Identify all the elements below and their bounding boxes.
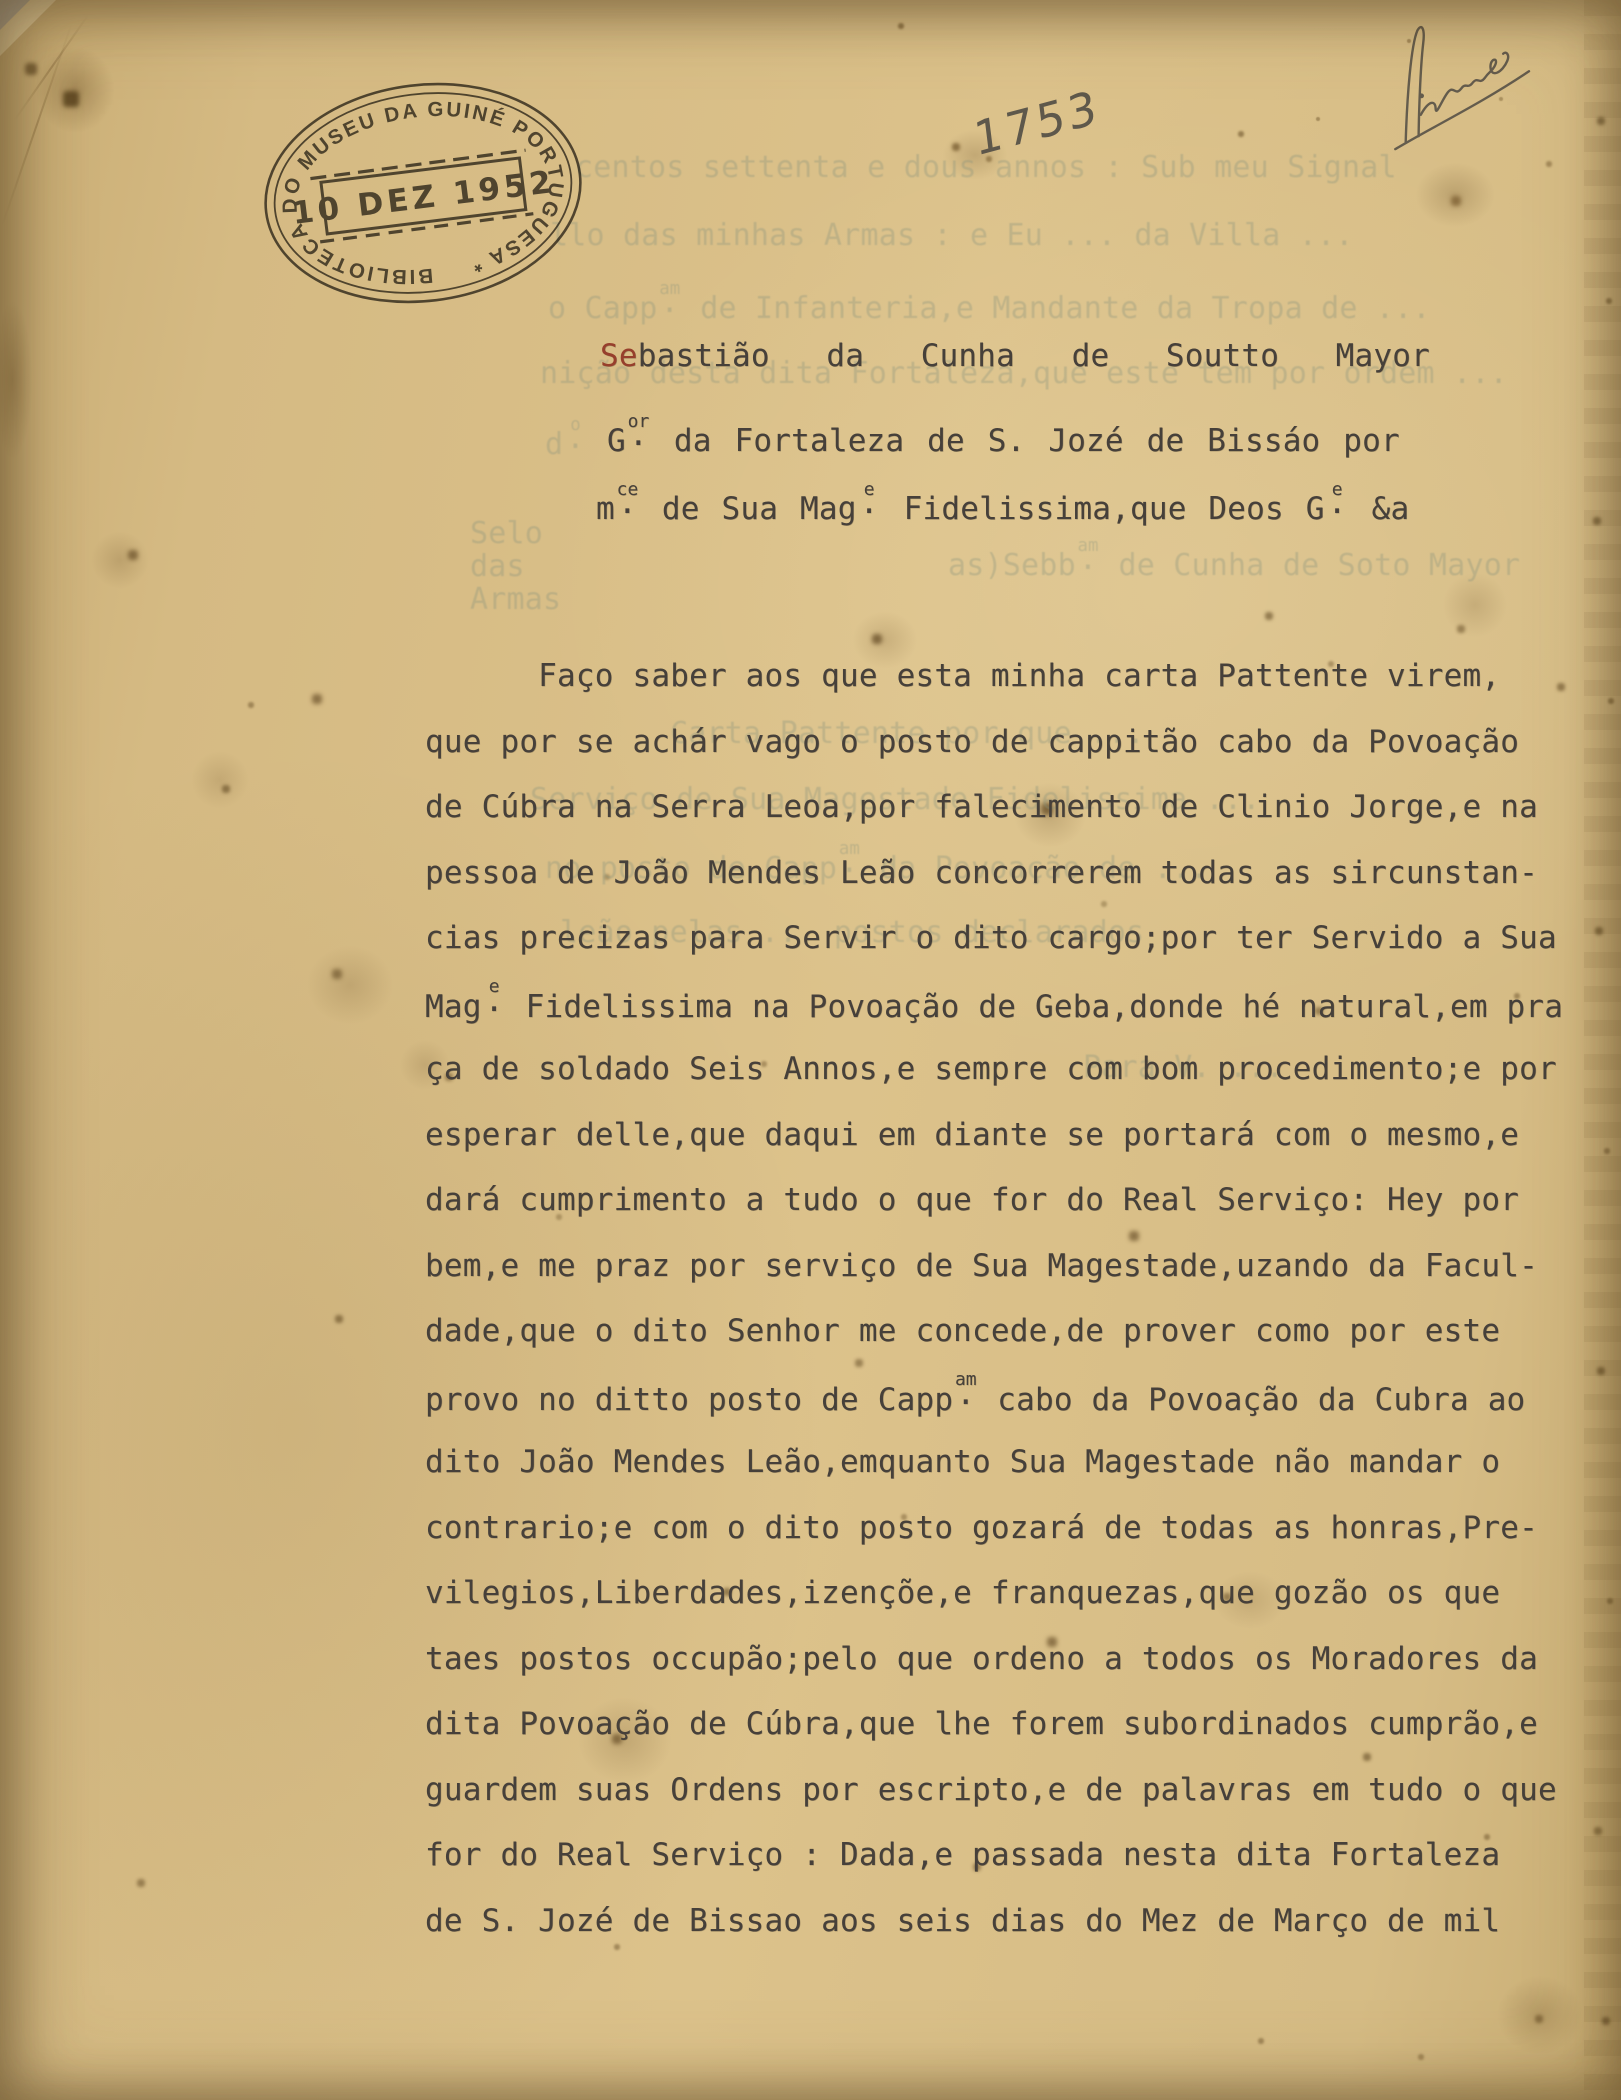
typed-line: dita Povoação de Cúbra,que lhe forem sub… xyxy=(425,1706,1538,1742)
typed-line: taes postos occupão;pelo que ordeno a to… xyxy=(425,1641,1538,1677)
heading-royal-line: mce. de Sua Mage. Fidelissima,que Deos G… xyxy=(596,488,1409,527)
typed-line: dito João Mendes Leão,emquanto Sua Mages… xyxy=(425,1444,1500,1480)
stain xyxy=(80,520,160,600)
heading-name-line: Sebastião da Cunha de Soutto Mayor xyxy=(600,338,1430,374)
corner-scan-edge xyxy=(0,0,30,30)
typed-line: cias precizas para Servir o dito cargo;p… xyxy=(425,920,1557,956)
heading-name-rest: bastião da Cunha de Soutto Mayor xyxy=(638,338,1430,374)
typed-line: de S. Jozé de Bissao aos seis dias do Me… xyxy=(425,1903,1500,1939)
stain xyxy=(180,740,260,820)
ghost-line: as)Sebbam. de Cunha de Soto Mayor xyxy=(948,545,1520,583)
stain xyxy=(0,270,40,490)
typed-line: pessoa de João Mendes Leão concorrerem t… xyxy=(425,855,1538,891)
library-stamp: BIBLIOTECA DO MUSEU DA GUINÉ PORTUGUESA … xyxy=(245,59,601,328)
typed-line: Faço saber aos que esta minha carta Patt… xyxy=(425,658,1500,694)
typed-line: esperar delle,que daqui em diante se por… xyxy=(425,1117,1519,1153)
ghost-line: llo das minhas Armas : e Eu ... da Villa… xyxy=(550,218,1354,253)
typed-line: dade,que o dito Senhor me concede,de pro… xyxy=(425,1313,1500,1349)
typed-line: guardem suas Ordens por escripto,e de pa… xyxy=(425,1772,1557,1808)
aged-paper-background: centos settenta e dous annos : Sub meu S… xyxy=(0,0,1621,2100)
typed-line: de Cúbra na Serra Leoa,por falecimento d… xyxy=(425,789,1538,825)
stain xyxy=(290,930,410,1040)
ghost-line: das xyxy=(470,549,525,584)
typed-line: vilegios,Liberdades,izençõe,e franquezas… xyxy=(425,1575,1500,1611)
typed-line: provo no ditto posto de Cappam. cabo da … xyxy=(425,1379,1525,1418)
typed-line: que por se achár vago o posto de cappitã… xyxy=(425,724,1519,760)
heading-title-line: Gor. da Fortaleza de S. Jozé de Bissáo p… xyxy=(607,420,1400,459)
heading-red-initial: Se xyxy=(600,338,638,374)
stain xyxy=(1480,1960,1600,2070)
paper-edge-mottling xyxy=(1584,0,1621,2100)
typed-line: for do Real Serviço : Dada,e passada nes… xyxy=(425,1837,1500,1873)
stain xyxy=(1400,150,1510,240)
ghost-line: Armas xyxy=(470,582,561,617)
foxing-specks xyxy=(0,0,2,2)
ghost-line: do. xyxy=(545,424,588,462)
typed-line: bem,e me praz por serviço de Sua Magesta… xyxy=(425,1248,1538,1284)
ghost-line: Selo xyxy=(470,516,543,551)
ghost-line: o Cappam. de Infanteria,e Mandante da Tr… xyxy=(548,288,1431,326)
typed-line: ça de soldado Seis Annos,e sempre com bo… xyxy=(425,1051,1557,1087)
handwritten-signature xyxy=(1344,0,1591,162)
typed-line: dará cumprimento a tudo o que for do Rea… xyxy=(425,1182,1519,1218)
typed-line: Mage. Fidelissima na Povoação de Geba,do… xyxy=(425,986,1563,1025)
typed-line: contrario;e com o dito posto gozará de t… xyxy=(425,1510,1538,1546)
